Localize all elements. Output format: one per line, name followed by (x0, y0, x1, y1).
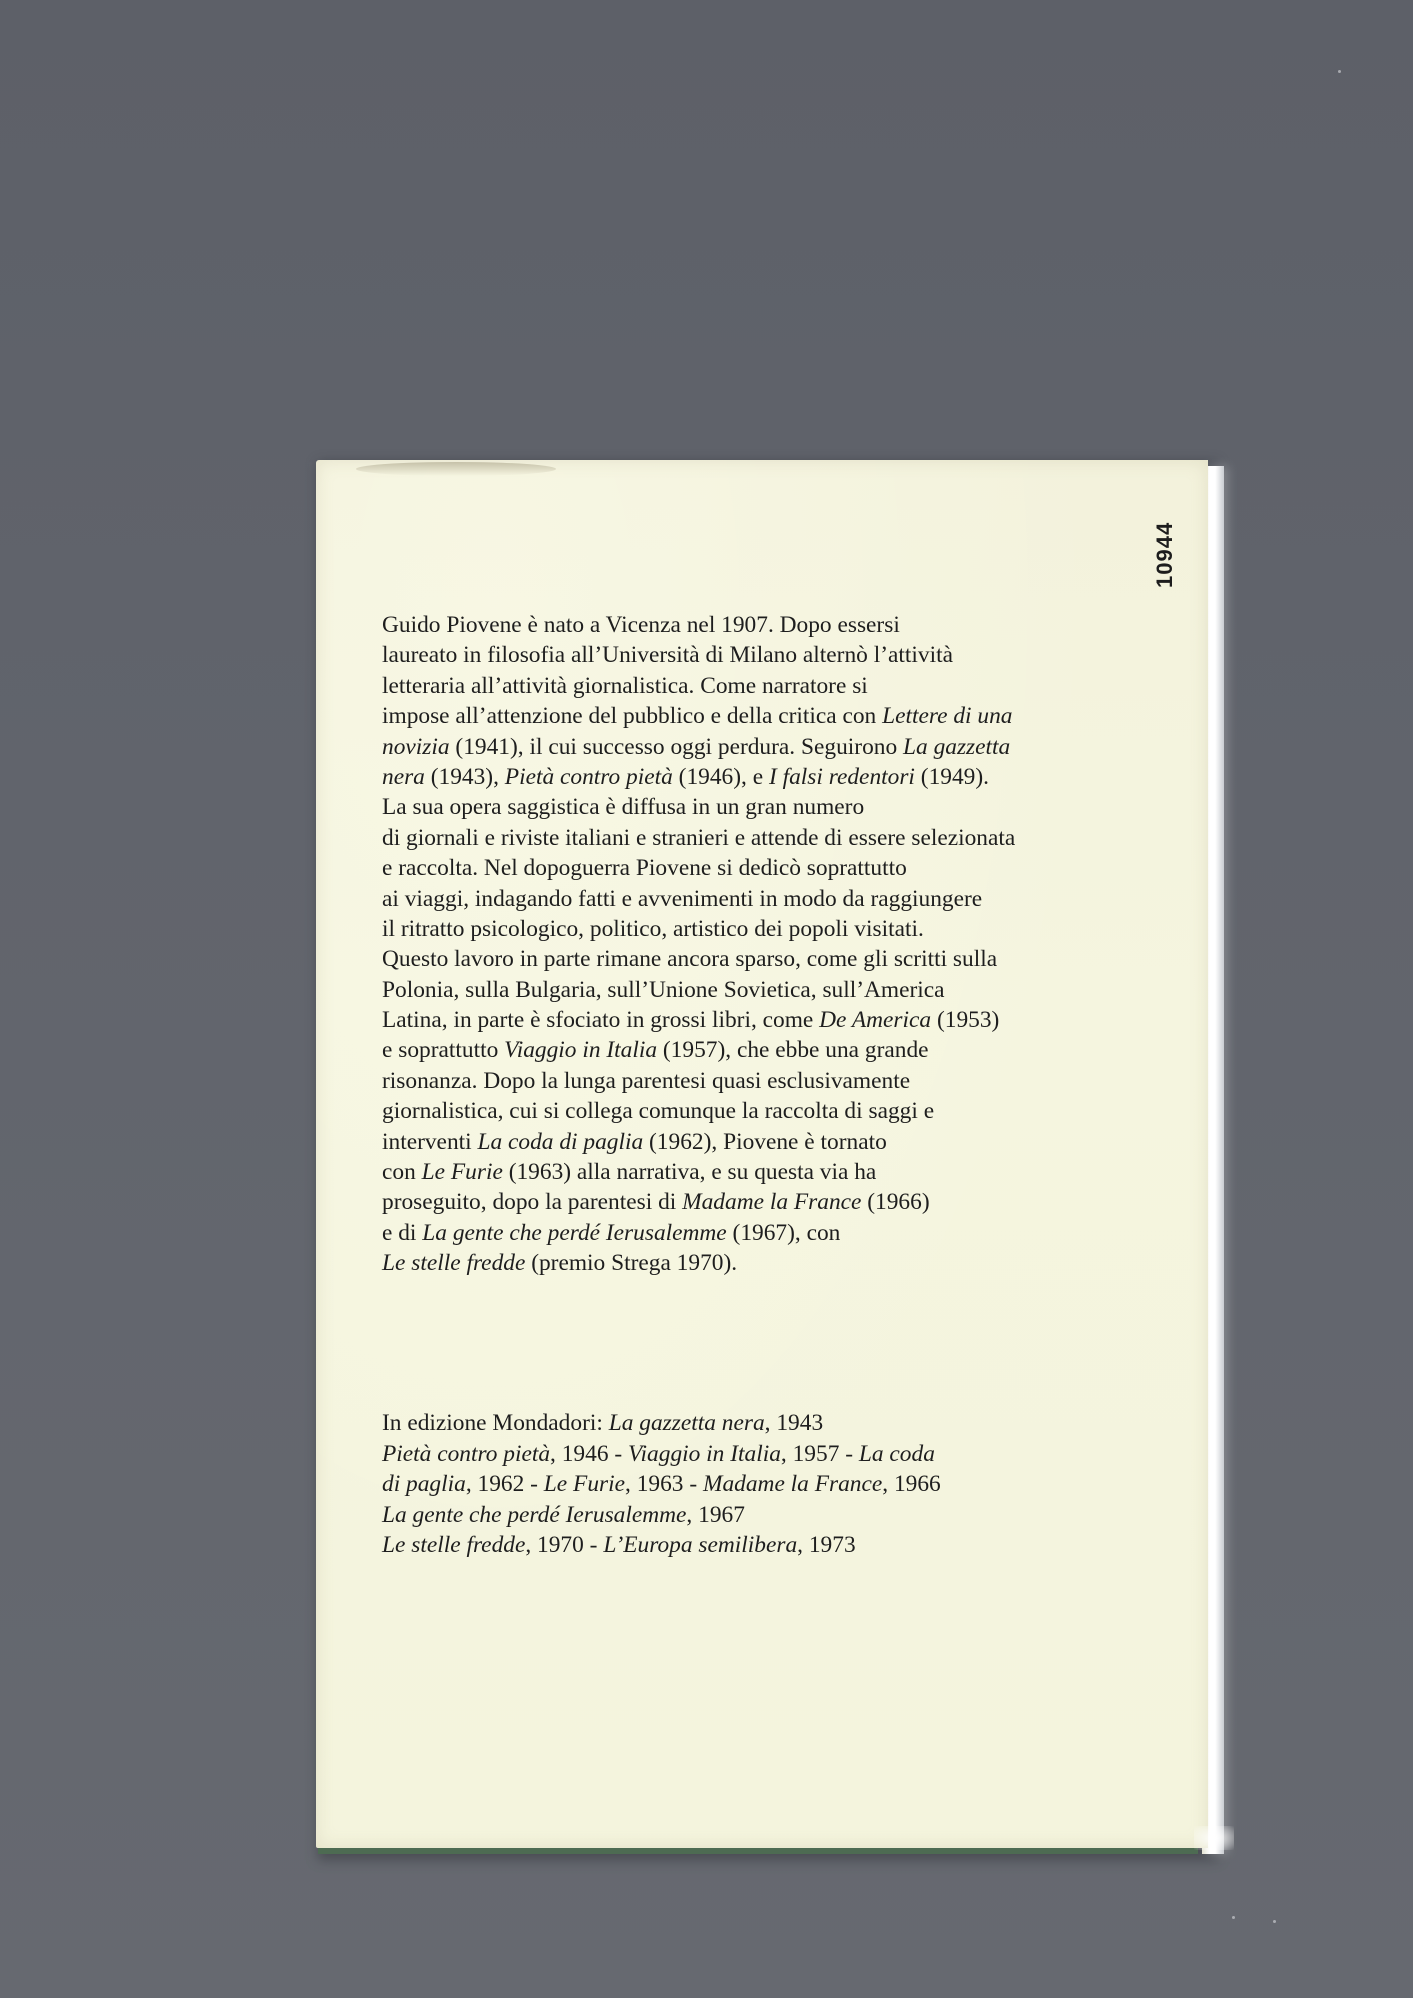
book-title-italic: I falsi redentori (769, 764, 915, 790)
text-run: (1957), che ebbe una grande (657, 1037, 928, 1063)
text-run: Latina, in parte è sfociato in grossi li… (382, 1007, 819, 1033)
text-run: , 1963 - (625, 1471, 703, 1497)
biography-line: proseguito, dopo la parentesi di Madame … (382, 1187, 1222, 1217)
book-title-italic: Pietà contro pietà (505, 764, 673, 790)
biography-line: giornalistica, cui si collega comunque l… (382, 1096, 1222, 1126)
bibliography-line: La gente che perdé Ierusalemme, 1967 (382, 1500, 1222, 1531)
author-biography: Guido Piovene è nato a Vicenza nel 1907.… (382, 610, 1222, 1279)
text-run: , 1966 (882, 1471, 940, 1497)
book-title-italic: La gazzetta (903, 734, 1010, 760)
biography-line: letteraria all’attività giornalistica. C… (382, 671, 1222, 701)
text-run: (1967), con (727, 1220, 841, 1246)
biography-line: Guido Piovene è nato a Vicenza nel 1907.… (382, 610, 1222, 640)
biography-line: di giornali e riviste italiani e stranie… (382, 823, 1222, 853)
dust-jacket: 10944 Guido Piovene è nato a Vicenza nel… (316, 460, 1208, 1848)
book-title-italic: nera (382, 764, 425, 790)
text-run: laureato in filosofia all’Università di … (382, 642, 953, 668)
bibliography-list: In edizione Mondadori: La gazzetta nera,… (382, 1408, 1222, 1561)
text-run: (1953) (931, 1007, 999, 1033)
biography-line: La sua opera saggistica è diffusa in un … (382, 792, 1222, 822)
book-title-italic: L’Europa semilibera (603, 1532, 797, 1558)
biography-line: Questo lavoro in parte rimane ancora spa… (382, 944, 1222, 974)
text-run: , 1967 (686, 1502, 744, 1528)
dust-speck (1338, 70, 1341, 73)
book-title-italic: La gente che perdé Ierusalemme (422, 1220, 726, 1246)
biography-line: e di La gente che perdé Ierusalemme (196… (382, 1218, 1222, 1248)
text-run: ai viaggi, indagando fatti e avvenimenti… (382, 886, 982, 912)
text-run: e soprattutto (382, 1037, 504, 1063)
book-title-italic: La coda (859, 1441, 935, 1467)
text-run: (1966) (861, 1189, 929, 1215)
text-run: (1962), Piovene è tornato (643, 1129, 887, 1155)
jacket-crease (356, 462, 556, 476)
biography-line: e soprattutto Viaggio in Italia (1957), … (382, 1035, 1222, 1065)
text-run: , 1943 (765, 1410, 823, 1436)
text-run: (1963) alla narrativa, e su questa via h… (503, 1159, 876, 1185)
light-glare (1194, 1826, 1234, 1850)
text-run: con (382, 1159, 422, 1185)
book-title-italic: Pietà contro pietà (382, 1441, 550, 1467)
biography-line: laureato in filosofia all’Università di … (382, 640, 1222, 670)
text-run: proseguito, dopo la parentesi di (382, 1189, 682, 1215)
text-run: (premio Strega 1970). (525, 1250, 737, 1276)
text-run: , 1946 - (550, 1441, 628, 1467)
book-title-italic: De America (819, 1007, 931, 1033)
scan-background: 10944 Guido Piovene è nato a Vicenza nel… (0, 0, 1413, 1998)
text-run: La sua opera saggistica è diffusa in un … (382, 794, 864, 820)
text-run: (1946), e (673, 764, 769, 790)
dust-speck (1232, 1916, 1235, 1919)
book-title-italic: Le Furie (544, 1471, 625, 1497)
biography-line: interventi La coda di paglia (1962), Pio… (382, 1127, 1222, 1157)
text-run: (1949). (915, 764, 989, 790)
biography-line: risonanza. Dopo la lunga parentesi quasi… (382, 1066, 1222, 1096)
bibliography-line: In edizione Mondadori: La gazzetta nera,… (382, 1408, 1222, 1439)
book-title-italic: di paglia (382, 1471, 466, 1497)
biography-line: ai viaggi, indagando fatti e avvenimenti… (382, 884, 1222, 914)
biography-line: Le stelle fredde (premio Strega 1970). (382, 1248, 1222, 1278)
bibliography-line: Le stelle fredde, 1970 - L’Europa semili… (382, 1530, 1222, 1561)
book-title-italic: Lettere di una (882, 703, 1012, 729)
book-title-italic: Le Furie (422, 1159, 503, 1185)
biography-line: e raccolta. Nel dopoguerra Piovene si de… (382, 853, 1222, 883)
book-title-italic: La gente che perdé Ierusalemme (382, 1502, 686, 1528)
book-title-italic: Madame la France (703, 1471, 882, 1497)
bibliography-line: Pietà contro pietà, 1946 - Viaggio in It… (382, 1439, 1222, 1470)
biography-line: il ritratto psicologico, politico, artis… (382, 914, 1222, 944)
book-title-italic: La coda di paglia (477, 1129, 643, 1155)
text-run: il ritratto psicologico, politico, artis… (382, 916, 924, 942)
text-run: giornalistica, cui si collega comunque l… (382, 1098, 934, 1124)
biography-line: Latina, in parte è sfociato in grossi li… (382, 1005, 1222, 1035)
text-run: letteraria all’attività giornalistica. C… (382, 673, 868, 699)
book-title-italic: Madame la France (682, 1189, 861, 1215)
book-title-italic: Le stelle fredde (382, 1532, 525, 1558)
book-title-italic: Viaggio in Italia (628, 1441, 781, 1467)
text-run: e raccolta. Nel dopoguerra Piovene si de… (382, 855, 907, 881)
catalog-number: 10944 (1152, 522, 1178, 588)
text-run: risonanza. Dopo la lunga parentesi quasi… (382, 1068, 910, 1094)
book-back-cover: 10944 Guido Piovene è nato a Vicenza nel… (316, 456, 1224, 1856)
text-run: impose all’attenzione del pubblico e del… (382, 703, 882, 729)
text-run: In edizione Mondadori: (382, 1410, 609, 1436)
text-run: interventi (382, 1129, 477, 1155)
text-run: , 1962 - (466, 1471, 544, 1497)
text-run: Polonia, sulla Bulgaria, sull’Unione Sov… (382, 977, 945, 1003)
book-board-edge (318, 1848, 1198, 1854)
biography-line: nera (1943), Pietà contro pietà (1946), … (382, 762, 1222, 792)
book-title-italic: novizia (382, 734, 450, 760)
text-run: , 1970 - (525, 1532, 603, 1558)
book-title-italic: Viaggio in Italia (504, 1037, 657, 1063)
text-run: Guido Piovene è nato a Vicenza nel 1907.… (382, 612, 900, 638)
text-run: , 1973 (797, 1532, 855, 1558)
biography-line: Polonia, sulla Bulgaria, sull’Unione Sov… (382, 975, 1222, 1005)
text-run: , 1957 - (781, 1441, 859, 1467)
book-title-italic: Le stelle fredde (382, 1250, 525, 1276)
dust-speck (1273, 1920, 1276, 1923)
text-run: Questo lavoro in parte rimane ancora spa… (382, 946, 997, 972)
text-run: e di (382, 1220, 422, 1246)
biography-line: con Le Furie (1963) alla narrativa, e su… (382, 1157, 1222, 1187)
book-title-italic: La gazzetta nera (609, 1410, 765, 1436)
biography-line: novizia (1941), il cui successo oggi per… (382, 732, 1222, 762)
text-run: (1941), il cui successo oggi perdura. Se… (450, 734, 903, 760)
text-run: (1943), (425, 764, 505, 790)
biography-line: impose all’attenzione del pubblico e del… (382, 701, 1222, 731)
bibliography-line: di paglia, 1962 - Le Furie, 1963 - Madam… (382, 1469, 1222, 1500)
text-run: di giornali e riviste italiani e stranie… (382, 825, 1015, 851)
